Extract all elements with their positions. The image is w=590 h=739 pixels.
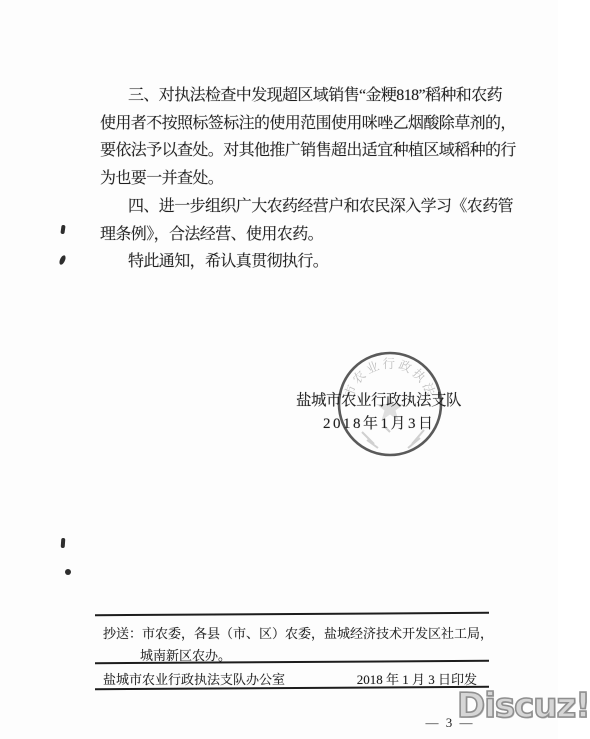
footer-rule-top xyxy=(95,612,489,616)
scan-page-edge xyxy=(558,0,590,739)
body-line-3: 要依法予以查处。对其他推广销售超出适宜种植区域稻种的行 xyxy=(100,137,510,165)
document-body: 三、对执法检查中发现超区域销售“金粳818”稻种和农药 使用者不按照标签标注的使… xyxy=(100,82,510,276)
body-line-5: 四、进一步组织广大农药经营户和农民深入学习《农药管 xyxy=(100,193,510,221)
cc-recipients-line1: 抄送：市农委，各县（市、区）农委，盐城经济技术开发区社工局， xyxy=(103,623,493,642)
body-line-4: 为也要一并查处。 xyxy=(100,165,510,193)
ink-speck xyxy=(60,225,65,234)
ink-speck xyxy=(61,538,66,548)
signature-date: 2018年1月3日 xyxy=(323,412,436,433)
signature-org: 盐城市农业行政执法支队 xyxy=(296,388,461,410)
ink-speck xyxy=(65,569,71,575)
body-line-7: 特此通知，希认真贯彻执行。 xyxy=(100,248,510,276)
ink-speck xyxy=(59,254,67,265)
scanned-document-page: 三、对执法检查中发现超区域销售“金粳818”稻种和农药 使用者不按照标签标注的使… xyxy=(0,0,590,739)
body-line-1: 三、对执法检查中发现超区域销售“金粳818”稻种和农药 xyxy=(100,82,510,110)
issuing-office: 盐城市农业行政执法支队办公室 xyxy=(103,669,285,688)
discuz-watermark: Discuz! xyxy=(457,689,590,723)
body-line-6: 理条例》，合法经营、使用农药。 xyxy=(100,221,510,249)
body-line-2: 使用者不按照标签标注的使用范围使用咪唑乙烟酸除草剂的， xyxy=(100,110,510,138)
